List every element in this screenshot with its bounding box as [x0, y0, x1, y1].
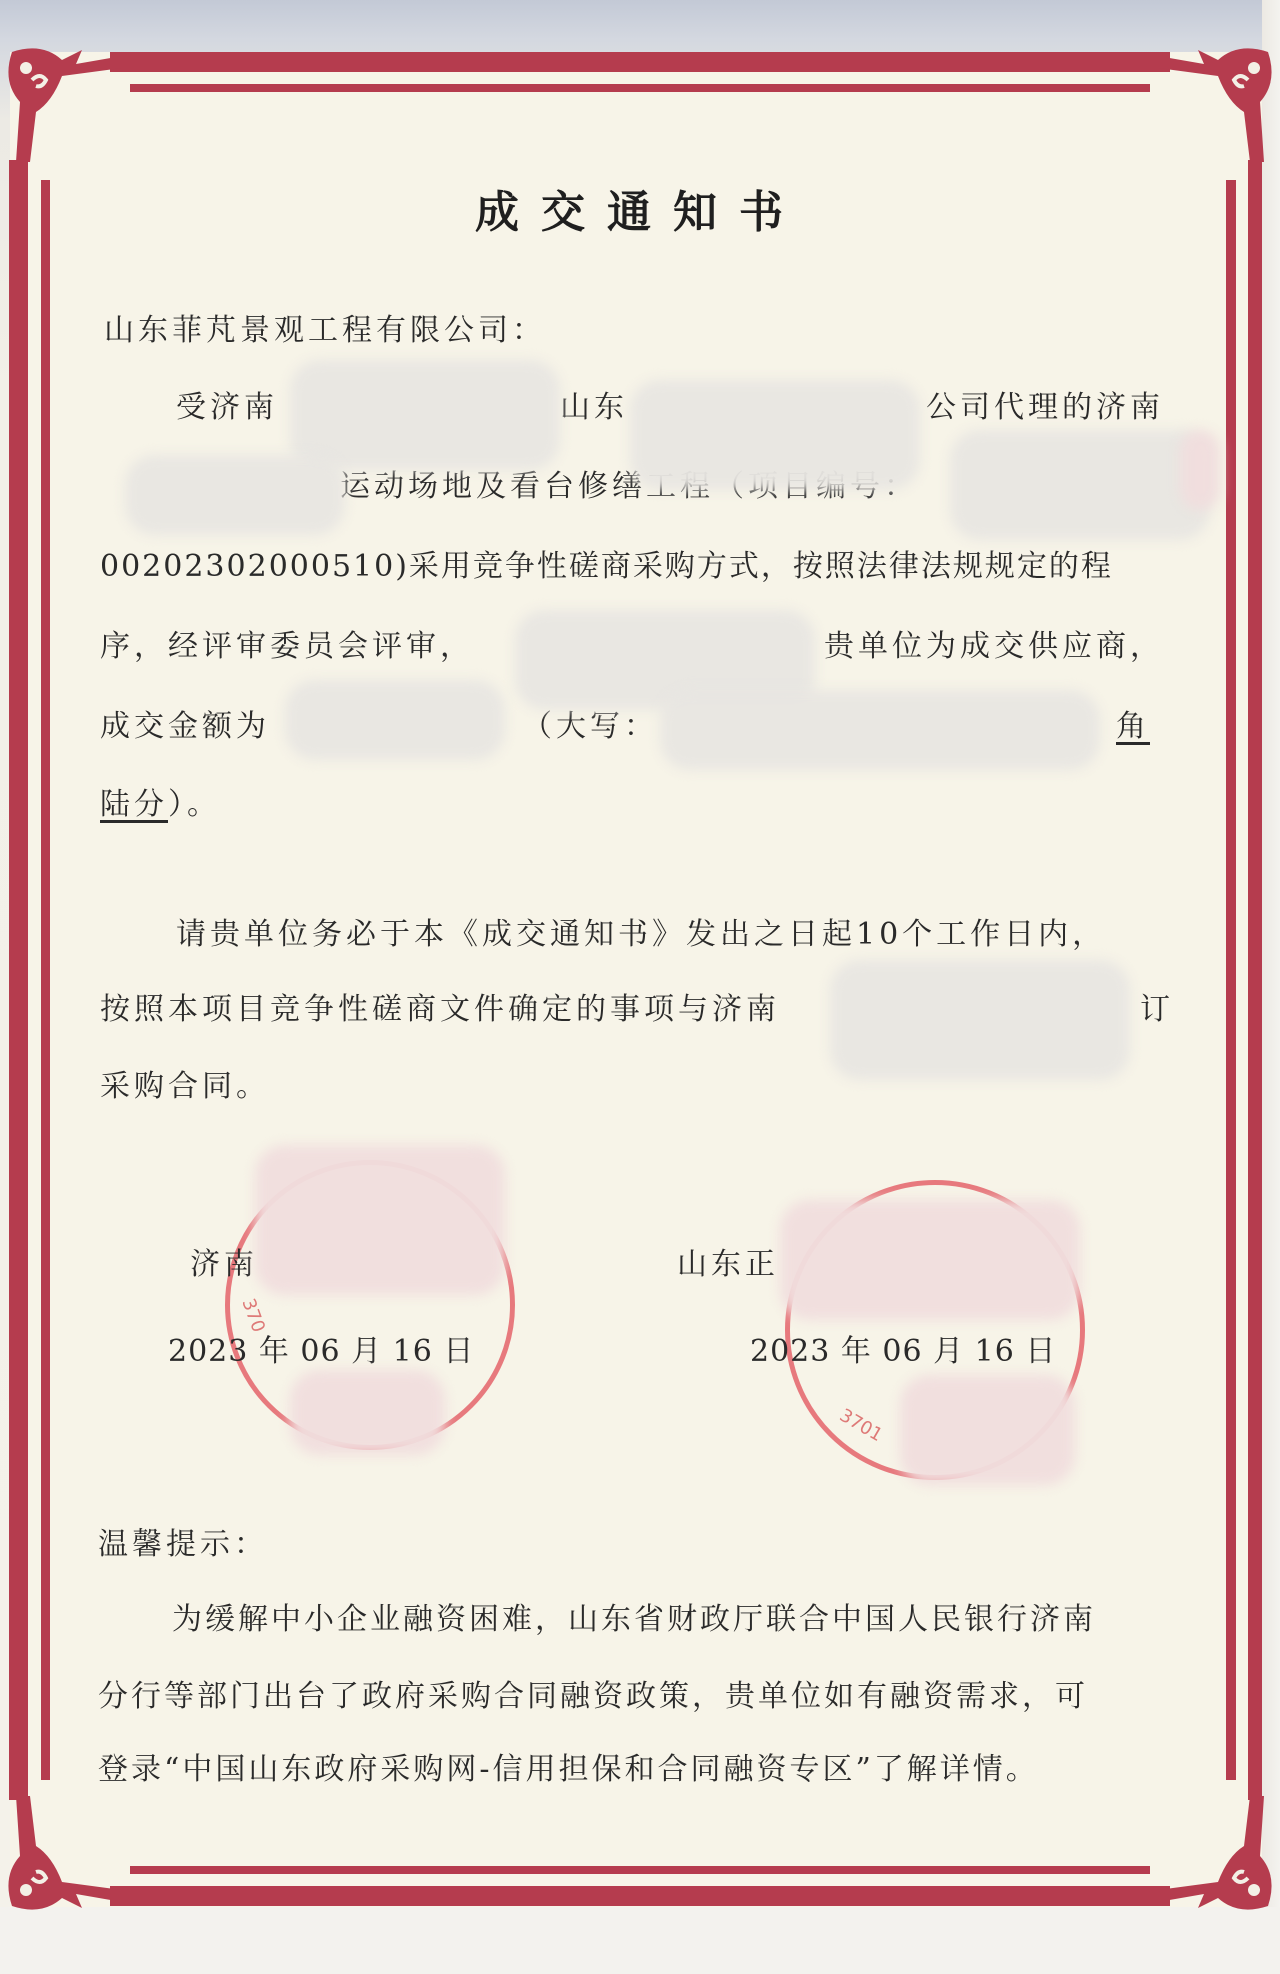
salutation: 山东菲芃景观工程有限公司：: [104, 311, 546, 351]
border-outer-right: [1248, 160, 1262, 1800]
body-line-8a: 按照本项目竞争性磋商文件确定的事项与济南: [100, 990, 780, 1030]
body-line-8b: 订: [1140, 990, 1174, 1030]
body-line-1b: 山东: [560, 388, 628, 428]
body-line-7: 请贵单位务必于本《成交通知书》发出之日起10个工作日内，: [176, 915, 1106, 955]
signature-right-date: 2023 年 06 月 16 日: [750, 1332, 1056, 1372]
redaction-sig-left: [255, 1145, 505, 1295]
body-line-5b: （大写：: [522, 707, 658, 747]
redaction-6: [285, 680, 505, 760]
body-line-5c: 角: [1116, 707, 1150, 747]
redaction-sig-right-2: [900, 1375, 1075, 1485]
tips-line-3: 登录“中国山东政府采购网-信用担保和合同融资专区”了解详情。: [98, 1750, 1039, 1790]
border-inner-top: [130, 84, 1150, 92]
tips-line-1: 为缓解中小企业融资困难，山东省财政厅联合中国人民银行济南: [172, 1600, 1096, 1640]
amount-suffix-underlined: 陆分: [100, 787, 168, 822]
background-edge: [1262, 0, 1280, 1974]
redaction-3: [125, 455, 345, 535]
body-line-3: 00202302000510)采用竞争性磋商采购方式，按照法律法规规定的程: [100, 547, 1113, 587]
redaction-sig-left-2: [290, 1370, 445, 1455]
tips-line-2: 分行等部门出台了政府采购合同融资政策，贵单位如有融资需求，可: [98, 1677, 1088, 1717]
body-line-4b: 贵单位为成交供应商，: [824, 627, 1164, 667]
corner-ornament-bottom-right-icon: [1148, 1786, 1278, 1916]
corner-ornament-top-left-icon: [2, 42, 132, 172]
border-inner-left: [41, 180, 50, 1780]
border-inner-right: [1226, 180, 1236, 1780]
body-line-9: 采购合同。: [100, 1067, 270, 1107]
redaction-4-edge: [1180, 430, 1220, 510]
corner-ornament-top-right-icon: [1148, 42, 1278, 172]
body-line-1a: 受济南: [176, 388, 278, 428]
amount-close: ）。: [168, 787, 221, 822]
body-line-1c: 公司代理的济南: [926, 388, 1164, 428]
redaction-7: [660, 690, 1100, 770]
redaction-4: [950, 430, 1210, 540]
signature-right-org: 山东正: [677, 1245, 779, 1285]
border-outer-bottom: [110, 1886, 1170, 1906]
redaction-2: [630, 380, 920, 490]
background-bottom: [0, 1907, 1280, 1974]
redaction-sig-right: [780, 1200, 1080, 1320]
signature-left-date: 2023 年 06 月 16 日: [168, 1332, 474, 1372]
redaction-1: [290, 360, 560, 470]
signature-left-org: 济南: [190, 1245, 258, 1285]
body-line-5a: 成交金额为: [100, 707, 270, 747]
corner-ornament-bottom-left-icon: [2, 1786, 132, 1916]
border-outer-top: [110, 52, 1170, 72]
document-title: 成交通知书: [0, 176, 1280, 240]
redaction-8: [830, 960, 1130, 1080]
body-line-4a: 序，经评审委员会评审，: [100, 627, 474, 667]
border-inner-bottom: [130, 1866, 1150, 1874]
tips-heading: 温馨提示：: [98, 1525, 268, 1565]
border-outer-left: [9, 160, 28, 1800]
body-line-6: 陆分）。: [100, 785, 221, 825]
